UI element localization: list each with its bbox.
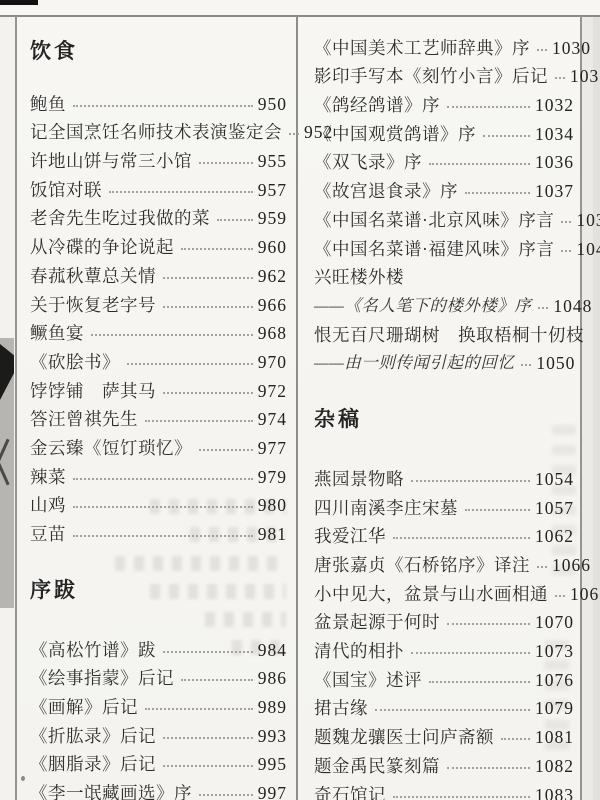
entry-title: 《高松竹谱》跋 (30, 639, 156, 661)
entry-title: 豆苗 (30, 523, 66, 545)
entry-title: 饽饽铺 萨其马 (30, 380, 156, 402)
book-toc-page-scan: 饮食鲍鱼950记全国烹饪名师技术表演鉴定会952许地山饼与常三小馆955饭馆对联… (0, 0, 600, 800)
entry-title: 题魏龙骧医士问庐斋额 (314, 726, 494, 748)
entry-title: 答汪曾祺先生 (30, 408, 138, 430)
entry-title: 《中国观赏鸽谱》序 (314, 123, 476, 145)
page-rule-right (580, 16, 582, 800)
entry-title: 辣菜 (30, 466, 66, 488)
dot-leader (145, 708, 253, 710)
section-heading: 杂稿 (314, 405, 574, 433)
dot-leader (537, 566, 547, 568)
entry-title: 春菰秋蕈总关情 (30, 265, 156, 287)
page-number: 979 (258, 467, 287, 488)
dot-leader (73, 478, 253, 480)
dot-leader (537, 49, 547, 51)
toc-entry-row: 《中国名菜谱·福建风味》序言1044 (314, 231, 574, 260)
dot-leader (465, 509, 530, 511)
toc-entry-row: 饽饽铺 萨其马972 (30, 373, 287, 402)
page-number: 995 (258, 754, 287, 775)
page-number: 989 (258, 697, 287, 718)
dot-leader (163, 737, 253, 739)
toc-entry-row: 《画解》后记989 (30, 689, 287, 718)
toc-entry-row: 《折肱录》后记993 (30, 718, 287, 747)
toc-entry-row: 《双飞录》序1036 (314, 145, 574, 174)
toc-entry-row: 《绘事指蒙》后记986 (30, 661, 287, 690)
toc-entry-row: 《中国名菜谱·北京风味》序言1039 (314, 202, 574, 231)
entry-title: 影印手写本《刻竹小言》后记 (314, 65, 548, 87)
page-number: 1044 (576, 239, 600, 260)
page-number: 977 (258, 438, 287, 459)
dot-leader (163, 392, 253, 394)
page-number: 959 (258, 208, 287, 229)
page-number: 974 (258, 409, 287, 430)
dot-leader (109, 191, 253, 193)
dot-leader (73, 506, 253, 508)
page-number: 993 (258, 726, 287, 747)
entry-title: 记全国烹饪名师技术表演鉴定会 (30, 121, 282, 143)
toc-entry-row: 影印手写本《刻竹小言》后记1031 (314, 59, 574, 88)
entry-title: 燕园景物略 (314, 468, 404, 490)
entry-title: 小中见大，盆景与山水画相通 (314, 583, 548, 605)
entry-title: 《绘事指蒙》后记 (30, 667, 174, 689)
toc-entry-row: 关于恢复老字号966 (30, 287, 287, 316)
dot-leader (501, 738, 530, 740)
dot-leader (447, 623, 530, 625)
page-number: 1030 (552, 38, 591, 59)
toc-entry-row: 我爱江华1062 (314, 519, 574, 548)
entry-title: 兴旺楼外楼 (314, 266, 404, 288)
page-number: 1083 (535, 785, 574, 800)
page-number: 1050 (536, 353, 575, 374)
entry-title: 许地山饼与常三小馆 (30, 150, 192, 172)
entry-title: 从冷碟的争论说起 (30, 236, 174, 258)
page-edge-shadow (593, 17, 600, 800)
dot-leader (465, 192, 530, 194)
page-number: 970 (258, 352, 287, 373)
scan-artifact-corner-bar (0, 0, 38, 5)
section-heading: 饮食 (30, 37, 287, 65)
entry-title: 《中国美术工艺师辞典》序 (314, 37, 530, 59)
page-number: 1076 (535, 670, 574, 691)
toc-entry-row: 兴旺楼外楼 (314, 260, 574, 289)
entry-title: 《胭脂录》后记 (30, 753, 156, 775)
entry-title: 清代的相扑 (314, 640, 404, 662)
toc-entry-row: 鲍鱼950 (30, 86, 287, 115)
entry-title: 饭馆对联 (30, 179, 102, 201)
page-number: 1082 (535, 756, 574, 777)
dot-leader (127, 363, 253, 365)
page-number: 1032 (535, 95, 574, 116)
toc-column-right: 《中国美术工艺师辞典》序1030影印手写本《刻竹小言》后记1031《鸽经鸽谱》序… (314, 30, 574, 800)
entry-title: 山鸡 (30, 494, 66, 516)
toc-entry-row: 题金禹民篆刻篇1082 (314, 748, 574, 777)
toc-entry-row: 《李一氓藏画选》序997 (30, 775, 287, 800)
entry-title: 《故宫退食录》序 (314, 180, 458, 202)
entry-title: 老舍先生吃过我做的菜 (30, 207, 210, 229)
page-number: 972 (258, 381, 287, 402)
page-number: 1068 (570, 584, 600, 605)
entry-title: 唐张嘉贞《石桥铭序》译注 (314, 554, 530, 576)
dot-leader (199, 449, 253, 451)
toc-entry-row: 《胭脂录》后记995 (30, 747, 287, 776)
page-number: 968 (258, 323, 287, 344)
dot-leader (163, 765, 253, 767)
entry-title: 盆景起源于何时 (314, 611, 440, 633)
scan-speck (21, 776, 25, 781)
page-number: 960 (258, 237, 287, 258)
dot-leader (199, 162, 253, 164)
entry-title: 金云臻《饾饤琐忆》 (30, 437, 192, 459)
page-number: 1039 (576, 210, 600, 231)
page-number: 1062 (535, 526, 574, 547)
entry-title: 关于恢复老字号 (30, 294, 156, 316)
dot-leader (447, 767, 530, 769)
toc-entry-row: 老舍先生吃过我做的菜959 (30, 201, 287, 230)
dot-leader (199, 794, 253, 796)
toc-entry-row: 《故宫退食录》序1037 (314, 173, 574, 202)
dot-leader (411, 652, 530, 654)
entry-title: 《画解》后记 (30, 696, 138, 718)
dot-leader (561, 221, 571, 223)
dot-leader (483, 135, 530, 137)
toc-entry-row: 盆景起源于何时1070 (314, 605, 574, 634)
toc-entry-row: 金云臻《饾饤琐忆》977 (30, 430, 287, 459)
entry-title: 奇石馆记 (314, 784, 386, 800)
page-rule-left (15, 16, 17, 800)
entry-title: 《国宝》述评 (314, 669, 422, 691)
dot-leader (73, 535, 253, 537)
page-number: 997 (258, 783, 287, 800)
toc-entry-row: 清代的相扑1073 (314, 633, 574, 662)
toc-entry-row: 辣菜979 (30, 459, 287, 488)
dot-leader (393, 537, 530, 539)
entry-title: 《中国名菜谱·北京风味》序言 (314, 209, 554, 231)
toc-entry-row: ——由一则传闻引起的回忆1050 (314, 346, 574, 375)
page-number: 986 (258, 668, 287, 689)
toc-entry-row: 《高松竹谱》跋984 (30, 632, 287, 661)
entry-title: ——《名人笔下的楼外楼》序 (314, 295, 531, 317)
dot-leader (429, 163, 530, 165)
toc-entry-row: 《国宝》述评1076 (314, 662, 574, 691)
dot-leader (555, 595, 565, 597)
dot-leader (538, 307, 548, 309)
page-number: 1036 (535, 152, 574, 173)
page-number: 1079 (535, 698, 574, 719)
toc-entry-row: 《鸽经鸽谱》序1032 (314, 87, 574, 116)
dot-leader (163, 651, 253, 653)
page-number: 1066 (552, 555, 591, 576)
toc-entry-row: 燕园景物略1054 (314, 461, 574, 490)
entry-title: 鲍鱼 (30, 93, 66, 115)
page-number: 981 (258, 524, 287, 545)
toc-entry-row: 《中国观赏鸽谱》序1034 (314, 116, 574, 145)
toc-entry-row: 《中国美术工艺师辞典》序1030 (314, 30, 574, 59)
entry-title: 捃古缘 (314, 697, 368, 719)
toc-entry-row: 饭馆对联957 (30, 172, 287, 201)
entry-title: 《双飞录》序 (314, 151, 422, 173)
dot-leader (561, 250, 571, 252)
dot-leader (181, 679, 253, 681)
entry-title: 《砍脍书》 (30, 351, 120, 373)
dot-leader (91, 334, 253, 336)
toc-entry-row: ——《名人笔下的楼外楼》序1048 (314, 288, 574, 317)
dot-leader (375, 709, 530, 711)
page-number: 980 (258, 495, 287, 516)
entry-title: 四川南溪李庄宋墓 (314, 497, 458, 519)
dot-leader (163, 277, 253, 279)
toc-entry-row: 记全国烹饪名师技术表演鉴定会952 (30, 115, 287, 144)
toc-column-left: 饮食鲍鱼950记全国烹饪名师技术表演鉴定会952许地山饼与常三小馆955饭馆对联… (30, 30, 287, 800)
toc-entry-row: 小中见大，盆景与山水画相通1068 (314, 576, 574, 605)
entry-title: 恨无百尺珊瑚树 换取梧桐十仞枝 (314, 324, 584, 346)
toc-entry-row: 恨无百尺珊瑚树 换取梧桐十仞枝 (314, 317, 574, 346)
dot-leader (521, 364, 531, 366)
toc-entry-row: 《砍脍书》970 (30, 344, 287, 373)
page-number: 984 (258, 640, 287, 661)
dot-leader (393, 796, 530, 798)
page-number: 1057 (535, 498, 574, 519)
scan-artifact-chevron (0, 438, 11, 486)
dot-leader (411, 480, 530, 482)
toc-entry-row: 四川南溪李庄宋墓1057 (314, 490, 574, 519)
toc-entry-row: 捃古缘1079 (314, 691, 574, 720)
toc-entry-row: 从冷碟的争论说起960 (30, 229, 287, 258)
entry-title: 《鸽经鸽谱》序 (314, 94, 440, 116)
page-number: 955 (258, 151, 287, 172)
toc-entry-row: 春菰秋蕈总关情962 (30, 258, 287, 287)
toc-entry-row: 豆苗981 (30, 516, 287, 545)
entry-title: 鳜鱼宴 (30, 322, 84, 344)
page-number: 1070 (535, 612, 574, 633)
toc-entry-row: 山鸡980 (30, 488, 287, 517)
page-number: 1054 (535, 469, 574, 490)
dot-leader (447, 106, 530, 108)
dot-leader (555, 77, 565, 79)
entry-title: 《折肱录》后记 (30, 725, 156, 747)
dot-leader (163, 306, 253, 308)
page-number: 1048 (553, 296, 592, 317)
entry-title: 我爱江华 (314, 525, 386, 547)
page-number: 950 (258, 94, 287, 115)
toc-entry-row: 唐张嘉贞《石桥铭序》译注1066 (314, 547, 574, 576)
dot-leader (181, 248, 253, 250)
page-number: 962 (258, 266, 287, 287)
page-number: 1037 (535, 181, 574, 202)
page-number: 1073 (535, 641, 574, 662)
dot-leader (429, 681, 530, 683)
dot-leader (73, 105, 253, 107)
section-heading: 序跋 (30, 576, 287, 604)
page-number: 1031 (570, 66, 600, 87)
toc-entry-row: 奇石馆记1083 (314, 777, 574, 800)
toc-entry-row: 许地山饼与常三小馆955 (30, 143, 287, 172)
entry-title: ——由一则传闻引起的回忆 (314, 352, 514, 374)
toc-entry-row: 鳜鱼宴968 (30, 316, 287, 345)
page-number: 1034 (535, 124, 574, 145)
dot-leader (145, 420, 253, 422)
entry-title: 题金禹民篆刻篇 (314, 755, 440, 777)
page-number: 966 (258, 295, 287, 316)
toc-entry-row: 题魏龙骧医士问庐斋额1081 (314, 719, 574, 748)
dot-leader (217, 219, 253, 221)
page-rule-top (0, 15, 600, 17)
toc-entry-row: 答汪曾祺先生974 (30, 402, 287, 431)
page-number: 1081 (535, 727, 574, 748)
page-number: 957 (258, 180, 287, 201)
entry-title: 《李一氓藏画选》序 (30, 782, 192, 800)
dot-leader (289, 133, 299, 135)
entry-title: 《中国名菜谱·福建风味》序言 (314, 238, 554, 260)
